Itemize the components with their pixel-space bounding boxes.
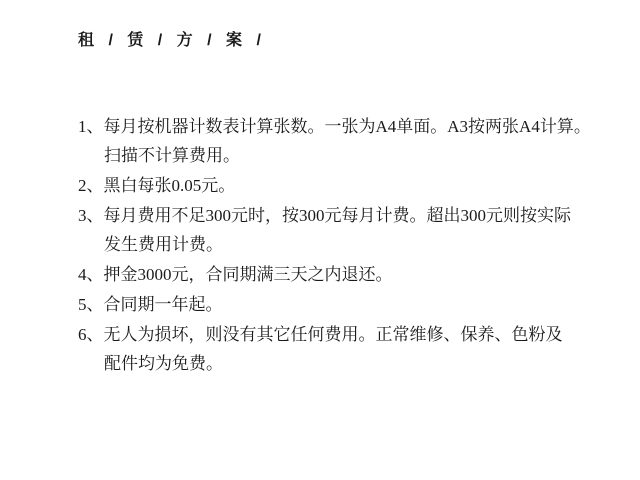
item-number: 1、 bbox=[78, 117, 104, 136]
list-item-line: 1、每月按机器计数表计算张数。一张为A4单面。A3按两张A4计算。 bbox=[78, 112, 608, 141]
item-number: 4、 bbox=[78, 265, 104, 284]
list-item-4: 4、押金3000元，合同期满三天之内退还。 bbox=[78, 260, 608, 289]
list-item-line: 5、合同期一年起。 bbox=[78, 290, 608, 319]
list-item-2: 2、黑白每张0.05元。 bbox=[78, 171, 608, 200]
item-text-continued: 扫描不计算费用。 bbox=[78, 141, 608, 170]
item-text: 押金3000元，合同期满三天之内退还。 bbox=[104, 265, 393, 284]
item-number: 3、 bbox=[78, 206, 104, 225]
item-text: 每月费用不足300元时，按300元每月计费。超出300元则按实际 bbox=[104, 206, 572, 225]
item-text-continued: 发生费用计费。 bbox=[78, 230, 608, 259]
page-title: 租 / 赁 / 方 / 案 / bbox=[78, 30, 266, 52]
list-item-3: 3、每月费用不足300元时，按300元每月计费。超出300元则按实际 发生费用计… bbox=[78, 201, 608, 259]
item-number: 2、 bbox=[78, 176, 104, 195]
list-item-line: 4、押金3000元，合同期满三天之内退还。 bbox=[78, 260, 608, 289]
item-number: 6、 bbox=[78, 325, 104, 344]
slide-page: 租 / 赁 / 方 / 案 / 1、每月按机器计数表计算张数。一张为A4单面。A… bbox=[0, 0, 640, 480]
list-item-5: 5、合同期一年起。 bbox=[78, 290, 608, 319]
item-text: 合同期一年起。 bbox=[104, 295, 223, 314]
item-number: 5、 bbox=[78, 295, 104, 314]
list-item-6: 6、无人为损坏，则没有其它任何费用。正常维修、保养、色粉及 配件均为免费。 bbox=[78, 320, 608, 378]
list-item-line: 2、黑白每张0.05元。 bbox=[78, 171, 608, 200]
list-item-line: 6、无人为损坏，则没有其它任何费用。正常维修、保养、色粉及 bbox=[78, 320, 608, 349]
item-text: 每月按机器计数表计算张数。一张为A4单面。A3按两张A4计算。 bbox=[104, 117, 591, 136]
list-item-line: 3、每月费用不足300元时，按300元每月计费。超出300元则按实际 bbox=[78, 201, 608, 230]
item-text-continued: 配件均为免费。 bbox=[78, 349, 608, 378]
item-text: 黑白每张0.05元。 bbox=[104, 176, 236, 195]
terms-list: 1、每月按机器计数表计算张数。一张为A4单面。A3按两张A4计算。 扫描不计算费… bbox=[78, 112, 608, 379]
list-item-1: 1、每月按机器计数表计算张数。一张为A4单面。A3按两张A4计算。 扫描不计算费… bbox=[78, 112, 608, 170]
item-text: 无人为损坏，则没有其它任何费用。正常维修、保养、色粉及 bbox=[104, 325, 563, 344]
